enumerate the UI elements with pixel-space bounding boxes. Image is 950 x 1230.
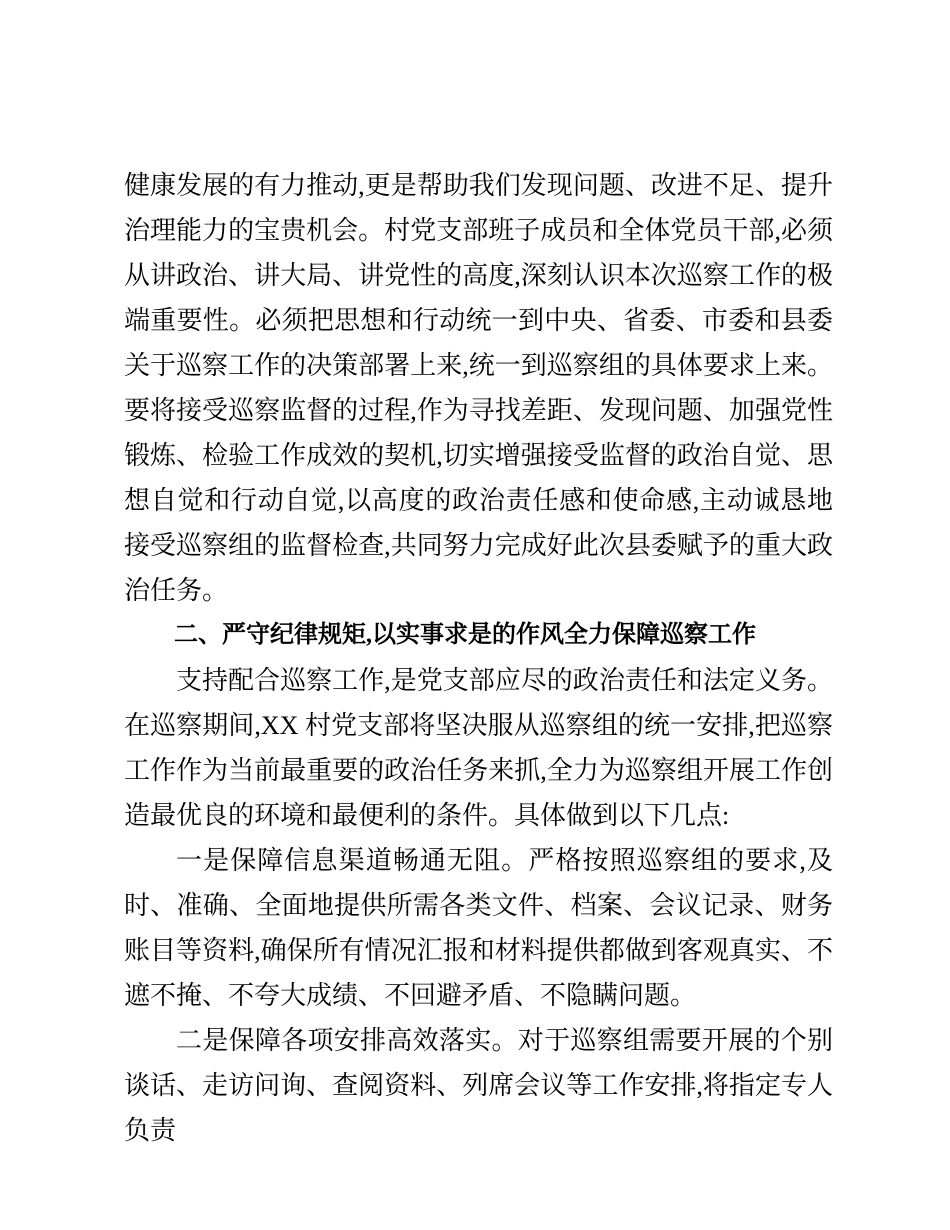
- paragraph-continuation: 健康发展的有力推动,更是帮助我们发现问题、改进不足、提升治理能力的宝贵机会。村党…: [124, 163, 833, 613]
- section-heading: 二、严守纪律规矩,以实事求是的作风全力保障巡察工作: [124, 613, 833, 658]
- paragraph-point-two: 二是保障各项安排高效落实。对于巡察组需要开展的个别谈话、走访问询、查阅资料、列席…: [124, 1018, 833, 1153]
- paragraph-support-pledge: 支持配合巡察工作,是党支部应尽的政治责任和法定义务。在巡察期间,XX 村党支部将…: [124, 658, 833, 838]
- document-content: 健康发展的有力推动,更是帮助我们发现问题、改进不足、提升治理能力的宝贵机会。村党…: [124, 163, 833, 1153]
- document-page: 健康发展的有力推动,更是帮助我们发现问题、改进不足、提升治理能力的宝贵机会。村党…: [0, 0, 950, 1230]
- paragraph-point-one: 一是保障信息渠道畅通无阻。严格按照巡察组的要求,及时、准确、全面地提供所需各类文…: [124, 838, 833, 1018]
